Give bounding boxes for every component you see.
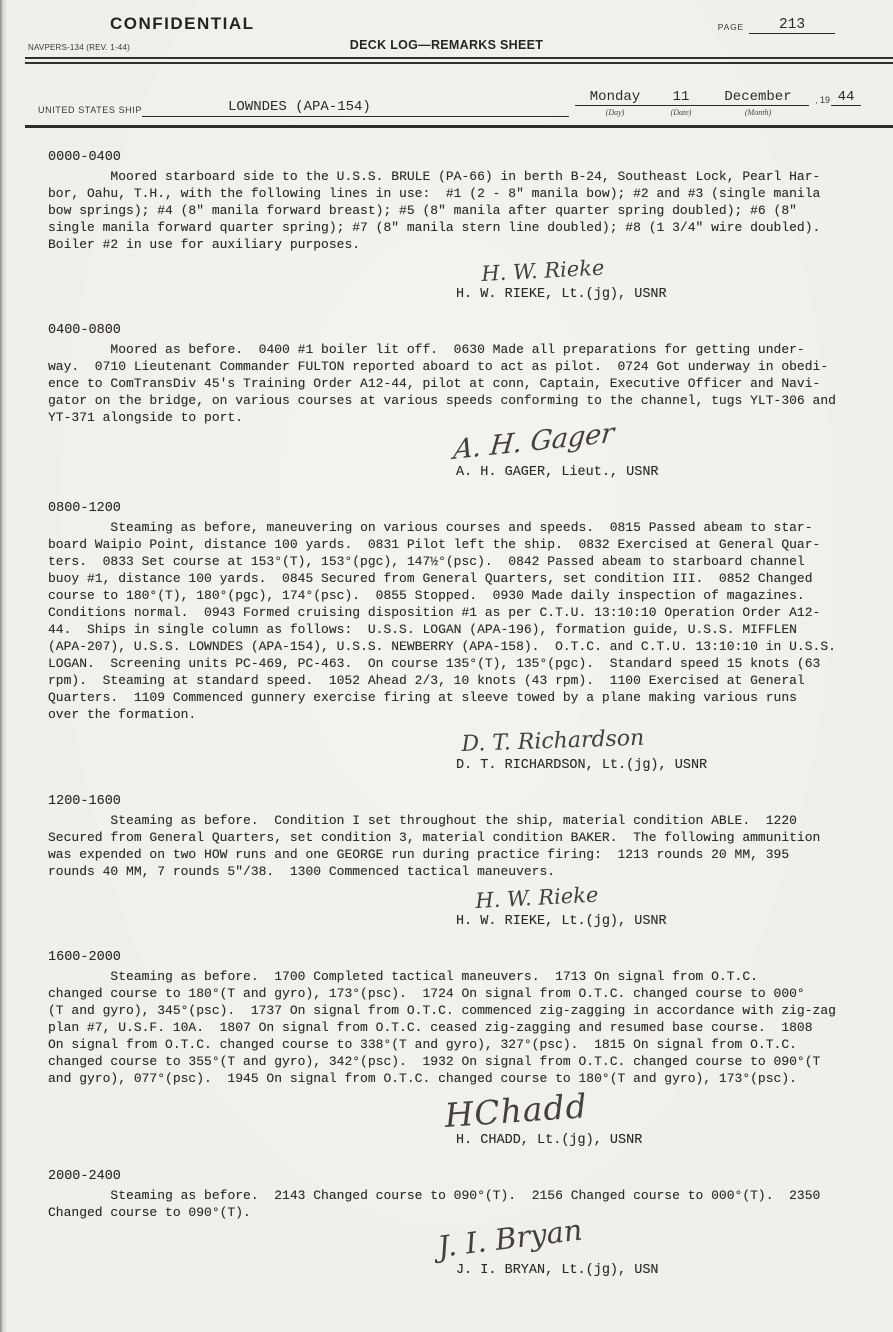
signature-block: A. H. Gager A. H. GAGER, Lieut., USNR bbox=[456, 435, 869, 480]
entry-text: Steaming as before. 1700 Completed tacti… bbox=[48, 968, 869, 1087]
log-entry-1200-1600: 1200-1600 Steaming as before. Condition … bbox=[48, 794, 869, 929]
date-fields: Monday 11 December bbox=[575, 89, 809, 106]
entry-time-range: 0400-0800 bbox=[48, 323, 869, 338]
entry-time-range: 0000-0400 bbox=[48, 150, 869, 165]
page-label: PAGE bbox=[718, 22, 744, 34]
label-spacer bbox=[809, 108, 875, 117]
entry-text: Moored as before. 0400 #1 boiler lit off… bbox=[48, 341, 869, 426]
page-number-field: PAGE 213 bbox=[718, 17, 835, 34]
year-prefix-label: , 19 bbox=[809, 95, 831, 106]
year-field: 44 bbox=[831, 89, 861, 106]
date-line: Monday 11 December , 19 44 bbox=[575, 89, 875, 106]
entry-time-range: 2000-2400 bbox=[48, 1169, 869, 1184]
entry-text: Moored starboard side to the U.S.S. BRUL… bbox=[48, 168, 869, 253]
signature-typed: H. W. RIEKE, Lt.(jg), USNR bbox=[456, 287, 869, 302]
entry-time-range: 0800-1200 bbox=[48, 501, 869, 516]
signature-script: H. W. Rieke bbox=[481, 256, 605, 286]
ship-name-field: LOWNDES (APA-154) bbox=[142, 99, 569, 117]
log-entry-1600-2000: 1600-2000 Steaming as before. 1700 Compl… bbox=[48, 950, 869, 1148]
signature-script: HChadd bbox=[443, 1086, 589, 1135]
log-entry-0000-0400: 0000-0400 Moored starboard side to the U… bbox=[48, 150, 869, 302]
month-caption: (Month) bbox=[707, 108, 809, 117]
day-field: Monday bbox=[575, 89, 655, 105]
signature-script: H. W. Rieke bbox=[475, 883, 599, 913]
entry-time-range: 1600-2000 bbox=[48, 950, 869, 965]
ship-identification-row: UNITED STATES SHIP LOWNDES (APA-154) Mon… bbox=[0, 64, 893, 117]
log-entry-0800-1200: 0800-1200 Steaming as before, maneuverin… bbox=[48, 501, 869, 773]
entry-time-range: 1200-1600 bbox=[48, 794, 869, 809]
signature-typed: J. I. BRYAN, Lt.(jg), USN bbox=[456, 1263, 869, 1278]
day-caption: (Day) bbox=[575, 108, 655, 117]
entry-text: Steaming as before. Condition I set thro… bbox=[48, 812, 869, 880]
signature-script: D. T. Richardson bbox=[461, 726, 645, 757]
entry-text: Steaming as before, maneuvering on vario… bbox=[48, 519, 869, 723]
signature-block: H. W. Rieke H. W. RIEKE, Lt.(jg), USNR bbox=[456, 262, 869, 302]
signature-typed: H. CHADD, Lt.(jg), USNR bbox=[456, 1133, 869, 1148]
signature-block: D. T. Richardson D. T. RICHARDSON, Lt.(j… bbox=[456, 732, 869, 773]
month-field: December bbox=[707, 89, 809, 105]
classification-stamp: CONFIDENTIAL bbox=[110, 14, 255, 34]
form-number: NAVPERS-134 (REV. 1-44) bbox=[28, 43, 350, 52]
log-entry-2000-2400: 2000-2400 Steaming as before. 2143 Chang… bbox=[48, 1169, 869, 1278]
date-field-labels: (Day) (Date) (Month) bbox=[575, 106, 875, 117]
header-row-top: CONFIDENTIAL PAGE 213 bbox=[0, 0, 893, 34]
entry-text: Steaming as before. 2143 Changed course … bbox=[48, 1187, 869, 1221]
deck-log-page: CONFIDENTIAL PAGE 213 NAVPERS-134 (REV. … bbox=[0, 0, 893, 1332]
signature-block: J. I. Bryan J. I. BRYAN, Lt.(jg), USN bbox=[456, 1230, 869, 1278]
date-caption: (Date) bbox=[655, 108, 707, 117]
signature-typed: D. T. RICHARDSON, Lt.(jg), USNR bbox=[456, 758, 869, 773]
document-title: DECK LOG—REMARKS SHEET bbox=[350, 38, 543, 52]
log-entry-0400-0800: 0400-0800 Moored as before. 0400 #1 boil… bbox=[48, 323, 869, 480]
scan-edge-artifact bbox=[0, 0, 7, 1332]
remarks-body: 0000-0400 Moored starboard side to the U… bbox=[0, 128, 893, 1278]
page-number: 213 bbox=[749, 17, 835, 34]
signature-block: HChadd H. CHADD, Lt.(jg), USNR bbox=[456, 1096, 869, 1148]
date-group: Monday 11 December , 19 44 (Day) (Date) … bbox=[575, 89, 875, 117]
signature-typed: A. H. GAGER, Lieut., USNR bbox=[456, 465, 869, 480]
date-field: 11 bbox=[655, 89, 707, 105]
header-row-title: NAVPERS-134 (REV. 1-44) DECK LOG—REMARKS… bbox=[0, 34, 893, 57]
signature-typed: H. W. RIEKE, Lt.(jg), USNR bbox=[456, 914, 869, 929]
double-rule bbox=[25, 57, 893, 64]
signature-block: H. W. Rieke H. W. RIEKE, Lt.(jg), USNR bbox=[456, 889, 869, 929]
ship-label: UNITED STATES SHIP bbox=[38, 105, 142, 117]
